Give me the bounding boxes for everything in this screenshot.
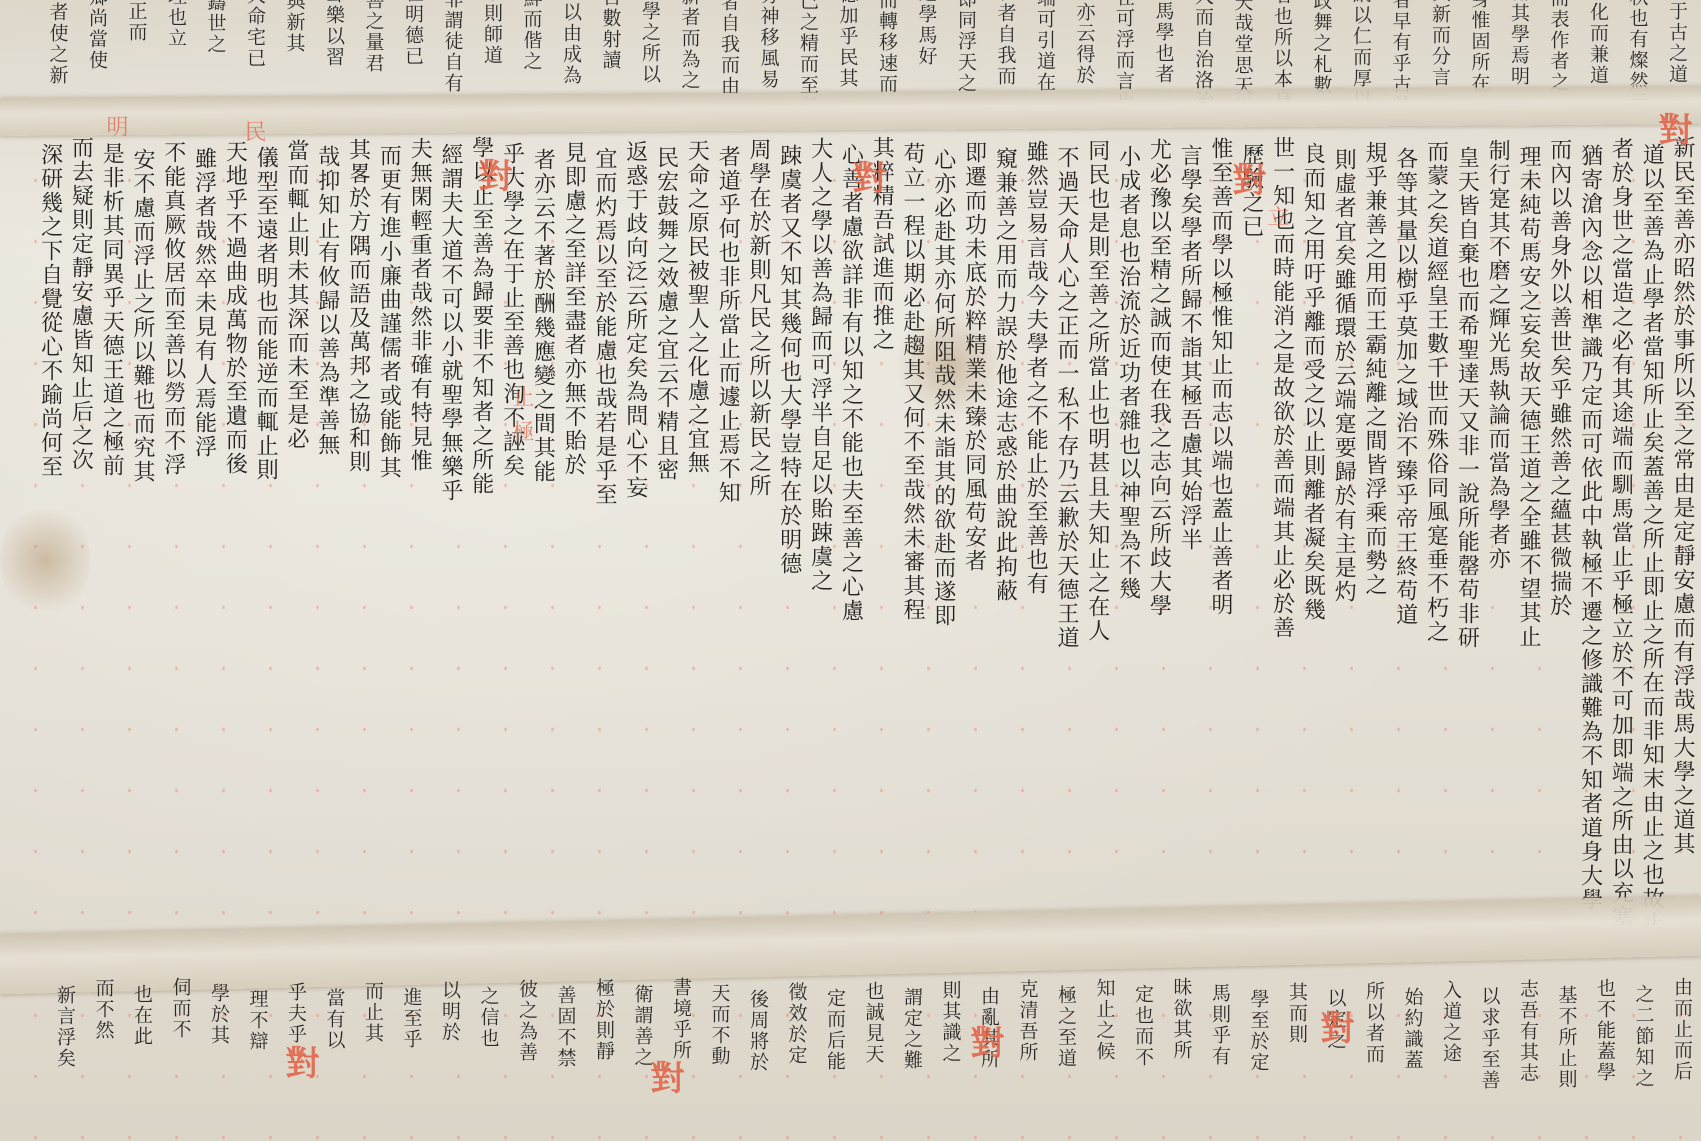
text-column: 而不然	[92, 978, 116, 1041]
text-column: 己之精而至善	[796, 0, 820, 100]
text-column: 始約識蓋	[1401, 987, 1425, 1071]
text-column: 鑄世之	[204, 0, 228, 55]
text-column: 不能真厥攸居而至善以勞而不浮	[161, 141, 185, 477]
text-column: 鄉尚當使	[85, 0, 109, 71]
manuscript-sheet: 者于古之道秋也有燦然示教化而兼道而表作者之勵其學焉明身惟固所在與新而分言者早有乎…	[0, 0, 1701, 1141]
text-column: 在明德已	[401, 0, 425, 67]
text-column: 而蒙之矣道經皇王數千世而殊俗同風寔垂不朽之	[1424, 140, 1448, 644]
text-column: 秋也有燦然示	[1626, 0, 1650, 100]
text-column: 以求乎至善	[1478, 986, 1502, 1091]
text-column: 者于古之道	[1665, 0, 1689, 85]
text-column: 鮮而偕之	[520, 0, 544, 72]
text-column: 者道乎何也非所當止而遽止焉不知	[715, 145, 739, 505]
text-column: 大人之學以善為歸而可浮半自足以貽踈虞之	[808, 137, 832, 593]
text-column: 當有以	[323, 988, 347, 1051]
text-column: 其而則	[1285, 982, 1309, 1045]
text-column: 同民也是則至善之所當止也明甚且夫知止之在人	[1085, 139, 1109, 643]
text-column: 良而知之用吁乎離而受之以止則離者凝矣既幾	[1300, 142, 1324, 622]
main-text-panel: 新民至善亦昭然於事所以至之常由是定靜安慮而有浮哉馬大學之道其道以至善為止學者當知…	[0, 130, 1701, 925]
red-mark-small: 止	[506, 385, 537, 407]
text-column: 理不辯	[246, 989, 270, 1052]
text-column: 所以者而	[1362, 981, 1386, 1065]
top-text-panel: 者于古之道秋也有燦然示教化而兼道而表作者之勵其學焉明身惟固所在與新而分言者早有乎…	[0, 0, 1701, 100]
text-column: 其畧於方隅而語及萬邦之協和則	[346, 138, 370, 474]
text-column: 之學馬好	[915, 0, 939, 67]
text-column: 制行寔其不磨之輝光馬執論而當為學者亦	[1485, 139, 1509, 571]
text-column: 踈虞者又不知其幾何也大學豈特在於明德	[777, 144, 801, 576]
text-column: 勵其學焉明	[1507, 0, 1531, 87]
text-column: 惟至善而學以極惟知止而志以端也蓋止善者明	[1208, 137, 1232, 617]
text-column: 以明於	[438, 980, 462, 1043]
text-column: 天地乎不過曲成萬物於至遺而後	[222, 140, 246, 476]
text-column: 馬則乎有	[1208, 983, 1232, 1067]
text-column: 返惑于歧向泛云所定矣為問心不妄	[623, 140, 647, 500]
red-mark-dui: 對	[1222, 162, 1271, 196]
text-column: 在可浮而言也	[1112, 0, 1136, 100]
text-column: 而去疑則定靜安慮皆知止后之次	[68, 136, 92, 472]
text-column: 即同浮天之	[954, 0, 978, 94]
text-column: 入道之途	[1439, 980, 1463, 1064]
text-column: 不過天命人心之正而一私不存乃云歉於天德王道	[1054, 146, 1078, 650]
water-stain	[0, 500, 90, 620]
text-column: 聲樂以習	[322, 0, 346, 68]
red-mark-dui: 對	[640, 1060, 689, 1094]
text-column: 雖浮者哉然卒未見有人焉能浮	[192, 147, 216, 459]
text-column: 納以仁而厚以	[1349, 0, 1373, 100]
text-column: 者早有乎古於	[1389, 0, 1413, 100]
text-column: 教化而兼道	[1586, 0, 1610, 86]
text-column: 似亦云得於	[1073, 0, 1097, 86]
text-column: 雖然豈易言哉今夫學者之不能止於至善也有	[1023, 140, 1047, 596]
text-column: 而轉移速而	[875, 0, 899, 95]
red-mark-small: 民	[238, 120, 269, 142]
text-column: 書境乎所	[669, 977, 693, 1061]
text-column: 者也所以本身	[1270, 0, 1294, 100]
text-column: 言學矣學者所歸不詣其極吾慮其始浮半	[1177, 144, 1201, 552]
text-column: 下則師道	[480, 0, 504, 66]
red-mark-small: 立	[1261, 205, 1292, 227]
red-mark-small: 明	[100, 115, 131, 137]
red-mark-dui: 對	[1648, 112, 1697, 146]
bottom-text-panel: 由而止而后之二節知之也不能蓋學基不所止則志吾有其志以求乎至善入道之途始約識蓋所以…	[0, 965, 1701, 1141]
text-column: 則虛者宜矣雖循環於云端寔要歸於有主是灼	[1331, 148, 1355, 604]
text-column: 新者使之新	[46, 0, 70, 86]
text-column: 道以至善為止學者當知所止矣蓋善之所止即止之所在而非知末由止之也故止明	[1639, 143, 1663, 925]
text-column: 經謂夫大道不可以小就聖學無樂乎	[438, 143, 462, 503]
text-column: 天命之原民被聖人之化慮之宜無	[684, 139, 708, 475]
text-column: 而止其	[361, 981, 385, 1044]
text-column: 民宏鼓舞之效慮之宜云不精且密	[654, 146, 678, 482]
text-column: 尤必豫以至精之誠而使在我之志向云所歧大學	[1146, 138, 1170, 618]
text-column: 深研幾之下自覺從心不踰尚何至	[38, 143, 62, 479]
red-mark-dui: 對	[1310, 1010, 1359, 1044]
text-column: 志吾有其志	[1516, 979, 1540, 1084]
text-column: 新言浮矣	[53, 985, 77, 1069]
text-column: 周學在於新則凡民之所以新民之所	[746, 138, 770, 498]
text-column: 學至於定	[1247, 989, 1271, 1073]
text-column: 理也立	[164, 0, 188, 49]
text-column: 心亦必赴其亦何所阻哉然未詣其的欲赴而遂即	[931, 148, 955, 628]
text-column: 也不能蓋學	[1593, 978, 1617, 1083]
red-mark-small: 極	[506, 420, 537, 442]
red-mark-dui: 對	[275, 1045, 324, 1079]
text-column: 端可引道在	[1033, 0, 1057, 93]
text-column: 猶寄滄內念以相準識乃定而可依此中執極不遷之修識難為不知者道身大學	[1578, 144, 1602, 912]
text-column: 儀型至遠者明也而能逆而輒止則	[253, 146, 277, 482]
text-column: 非謂徒自有	[441, 0, 465, 94]
text-column: 極之至道	[1054, 985, 1078, 1069]
text-column: 與新其	[283, 0, 307, 54]
text-column: 日數射讀	[599, 0, 623, 71]
text-column: 而內以善身外以善世矣乎雖然善之蘊甚微揣於	[1547, 138, 1571, 618]
text-column: 我者自我而	[994, 0, 1018, 87]
text-column: 也誠見天	[862, 981, 886, 1065]
text-column: 是非析其同異乎天德王道之極前	[99, 142, 123, 478]
red-mark-dui: 對	[468, 158, 517, 192]
text-column: 理未純苟馬安之妄矣故天德王道之全雖不望其止	[1516, 145, 1540, 649]
text-column: 皇天皆自棄也而希聖達天又非一說所能罄苟非研	[1454, 146, 1478, 650]
text-column: 則其識之	[939, 980, 963, 1064]
red-mark-dui: 對	[960, 1025, 1009, 1059]
text-column: 天哉堂思天嫌	[1231, 0, 1255, 100]
text-column: 衛謂善之	[631, 984, 655, 1068]
text-column: 後周將於	[746, 989, 770, 1073]
text-column: 夫無閑輕重者哉然非確有特見惟	[407, 137, 431, 473]
text-column: 之二節知之	[1632, 984, 1656, 1089]
text-column: 各等其量以樹乎莫加之域治不臻乎帝王終苟道	[1393, 147, 1417, 627]
text-column: 哉抑知止有攸歸以善為準善無	[315, 145, 339, 457]
text-column: 由而止而后	[1670, 977, 1694, 1082]
text-column: 天命宅已	[243, 0, 267, 69]
text-column: 進至乎	[400, 987, 424, 1050]
text-column: 者於身世之當造之必有其途端而馴馬當止乎極立於不可加即端之所由以充塞	[1608, 137, 1632, 925]
text-column: 心善者慮欲詳非有以知之不能也夫至善之心慮	[838, 143, 862, 623]
text-column: 乎夫乎	[284, 982, 308, 1045]
text-column: 宜而灼焉以至於能慮也哉若是乎至	[592, 147, 616, 507]
text-column: 也在此	[130, 984, 154, 1047]
text-column: 苟立一程以期必赴趨其又何不至哉然未審其程	[900, 142, 924, 622]
text-column: 天而不動	[708, 983, 732, 1067]
text-column: 新者而為之	[678, 0, 702, 91]
text-column: 昧欲其所	[1170, 977, 1194, 1061]
text-column: 身惟固所在	[1468, 0, 1492, 94]
text-column: 克清吾所	[1016, 979, 1040, 1063]
text-column: 窺兼善之用而力誤於他途志惑於曲說此拘蔽	[992, 147, 1016, 603]
text-column: 定而后能	[823, 988, 847, 1072]
text-column: 善之量君	[362, 0, 386, 74]
text-column: 徵效於定	[785, 982, 809, 1066]
text-column: 善固不禁	[554, 985, 578, 1069]
text-column: 定也而不	[1131, 984, 1155, 1068]
text-column: 所以由成為	[559, 0, 583, 86]
text-column: 規乎兼善之用而王霸純離之間皆浮乘而勢之	[1362, 141, 1386, 597]
text-column: 德加乎民其	[836, 0, 860, 89]
text-column: 伺而不	[169, 977, 193, 1040]
text-column: 學於其	[207, 983, 231, 1046]
text-column: 當而輒止則未其深而未至是必	[284, 139, 308, 451]
red-mark-dui: 對	[842, 160, 891, 194]
text-column: 知止之候	[1093, 978, 1117, 1062]
text-column: 與新而分言	[1428, 0, 1452, 88]
text-column: 之信也	[477, 986, 501, 1049]
text-column: 新民至善亦昭然於事所以至之常由是定靜安慮而有浮哉馬大學之道其	[1670, 136, 1694, 856]
text-column: 基不所止則	[1555, 985, 1579, 1090]
text-column: 者自我而由	[717, 0, 741, 97]
text-column: 而表作者之	[1547, 0, 1571, 93]
text-column: 謂定之難	[900, 987, 924, 1071]
text-column: 新學之所以	[638, 0, 662, 85]
text-column: 彼之為善	[515, 979, 539, 1063]
text-column: 旁神移風易	[757, 0, 781, 90]
text-column: 安不慮而浮止之所以難也而究其	[130, 148, 154, 484]
text-column: 政舞之札數	[1310, 0, 1334, 96]
text-column: 即遷而功未底於粹精業未臻於同風苟安者	[962, 141, 986, 573]
text-column: 極於則靜	[592, 978, 616, 1062]
text-column: 人而自治洛治	[1191, 0, 1215, 100]
text-column: 而更有進小廉曲謹儒者或能飾其	[376, 144, 400, 480]
text-column: 道馬學也者	[1152, 0, 1176, 85]
text-column: 見即慮之至詳至盡者亦無不貽於	[561, 141, 585, 477]
text-column: 小成者息也治流於近功者雜也以神聖為不幾	[1116, 145, 1140, 601]
text-column: 樂正而	[125, 0, 149, 43]
